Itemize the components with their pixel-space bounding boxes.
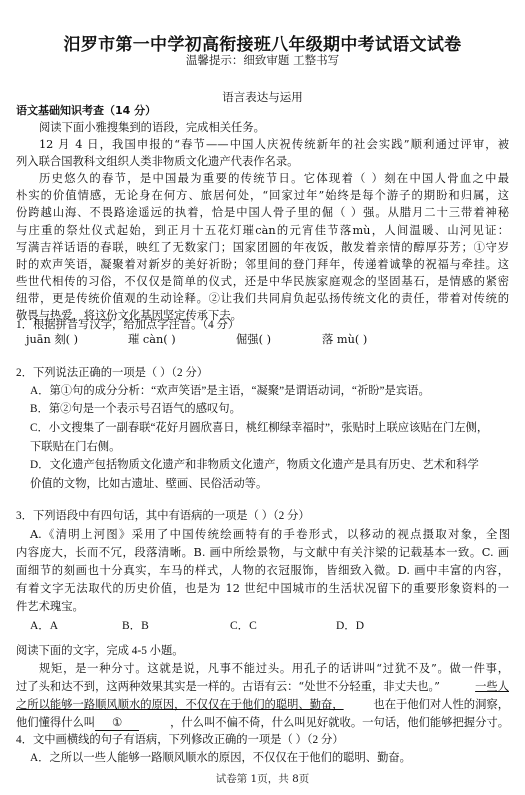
passage-line: 与庄重的祭灶仪式起始，到正月十五花灯璀càn的元宵佳节落mù，人间温暖、山河见证… <box>16 223 509 238</box>
passage-line: 12 月 4 日，我国申报的“春节——中国人庆祝传统新年的社会实践”顺利通过评审… <box>39 137 509 152</box>
passage-line: 时的欢声笑语，凝聚着对新岁的美好祈盼；邻里间的登门拜年，传递着诚挚的祝福与牵挂。… <box>16 257 509 272</box>
passage-line: 份跨越山海、不畏路途遥远的执着，恰是中国人骨子里的倔（ ）强。从腊月二十三带着神… <box>16 205 509 220</box>
pinyin-item[interactable]: 落 mù( ) <box>322 331 367 347</box>
choice-d[interactable]: D．D <box>336 617 364 633</box>
choice-b[interactable]: B．B <box>122 617 149 633</box>
question-2-option-d[interactable]: D．文化遗产包括物质文化遗产和非物质文化遗产，物质文化遗产是具有历史、艺术和科学 <box>30 458 479 473</box>
question-3-line: A.《清明上河图》采用了中国传统绘画特有的手卷形式，以移动的视点摄取对象，全图 <box>30 527 510 542</box>
passage-line: 纽带，更是传统价值观的生动诠释。②让我们共同肩负起弘扬传统文化的责任，带着对传统… <box>16 291 509 306</box>
question-3-line: 有着文字无法取代的历史价值，也是为 12 世纪中国城市的生活状况留下的重要形象资… <box>16 581 509 596</box>
pinyin-item[interactable]: 璀 càn( ) <box>128 331 176 347</box>
choice-c[interactable]: C．C <box>230 617 257 633</box>
passage-line: 历史悠久的春节，是中国最为重要的传统节日。它体现着（ ）刻在中国人骨血之中最 <box>39 171 509 186</box>
passage-line: 列入联合国教科文组织人类非物质文化遗产代表作名录。 <box>16 154 298 169</box>
pinyin-item[interactable]: juān 刻( ) <box>26 331 78 347</box>
question-3-line: 内容庞大，长而不冗，段落清晰。B. 画中所绘景物，与文献中有关汴梁的记载基本一致… <box>16 545 509 560</box>
question-2-option-a[interactable]: A．第①句的成分分析：“欢声笑语”是主语，“凝聚”是谓语动词，“祈盼”是宾语。 <box>30 384 430 399</box>
question-4-option-a[interactable]: A．之所以一些人能够一路顺风顺水的原因，不仅仅在于他们的聪明、勤奋。 <box>30 751 411 766</box>
section-heading: 语文基础知识考查（14 分） <box>16 103 156 118</box>
question-2-option-d-cont: 价值的文物，比如古遗址、壁画、民俗活动等。 <box>30 477 267 492</box>
exam-page: 汨罗市第一中学初高衔接班八年级期中考试语文试卷 温馨提示：细致审题 工整书写 语… <box>0 0 525 795</box>
reading-line: 规矩，是一种分寸。这就是说，凡事不能过头。用孔子的话讲叫“过犹不及”。做一件事， <box>39 661 509 676</box>
reading-line: 过了头和达不到，这两种效果其实是一样的。古语有云：“处世不分轻重，非丈夫也。”一… <box>16 679 509 694</box>
question-2-option-c[interactable]: C．小文搜集了一副春联“花好月圆欣喜日，桃红柳绿幸福时”，张贴时上联应该贴在门左… <box>30 421 488 436</box>
question-3-line: 面细节的刻画也十分真实，车马的样式，人物的衣冠服饰，皆细致入微。D. 画中丰富的… <box>16 563 509 578</box>
reading-line: 之所以能够一路顺风顺水的原因，不仅仅在于他们的聪明、勤奋，也在于他们对人性的洞察… <box>16 697 509 712</box>
question-2-stem: 2．下列说法正确的一项是（ ）（2 分） <box>16 366 208 381</box>
fill-in-blank[interactable]: ① <box>95 715 139 731</box>
choice-a[interactable]: A．A <box>30 617 58 633</box>
question-2-option-c-cont: 下联贴在门右侧。 <box>30 440 120 455</box>
question-4-stem: 4．文中画横线的句子有语病，下列修改正确的一项是（ ）（2 分） <box>16 733 344 748</box>
passage-line: 些世代相传的习俗，不仅仅是简单的仪式，还是中华民族家庭观念的坚固基石，是情感的紧… <box>16 274 509 289</box>
pinyin-item[interactable]: 倔强( ) <box>236 331 271 347</box>
underlined-sentence: 一些人 <box>475 679 509 694</box>
underlined-sentence: 之所以能够一路顺风顺水的原因，不仅仅在于他们的聪明、勤奋， <box>16 697 344 712</box>
exam-subtitle: 温馨提示：细致审题 工整书写 <box>0 52 525 68</box>
reading-line: 他们懂得什么叫①，什么叫不偏不倚，什么叫见好就收。一句话，他们能够把握分寸。 <box>16 715 509 731</box>
reading-intro: 阅读下面的文字，完成 4-5 小题。 <box>16 644 184 659</box>
question-3-line: 件艺术瑰宝。 <box>16 599 84 614</box>
passage-line: 写满吉祥话语的春联，映红了无数家门；国家团圆的年夜饭，散发着亲情的醇厚芬芳；①守… <box>16 240 509 255</box>
passage-line: 朴实的价值情感，无论身在何方、旅居何处，“回家过年”始终是每个游子的期盼和归属，… <box>16 188 509 203</box>
question-3-stem: 3．下列语段中有四句话，其中有语病的一项是（ ）（2 分） <box>16 509 310 524</box>
question-2-option-b[interactable]: B．第②句是一个表示号召语气的感叹句。 <box>30 402 241 417</box>
passage-intro: 阅读下面小雅搜集到的语段，完成相关任务。 <box>39 120 265 135</box>
page-indicator: 试卷第 1页，共 8页 <box>0 771 525 786</box>
